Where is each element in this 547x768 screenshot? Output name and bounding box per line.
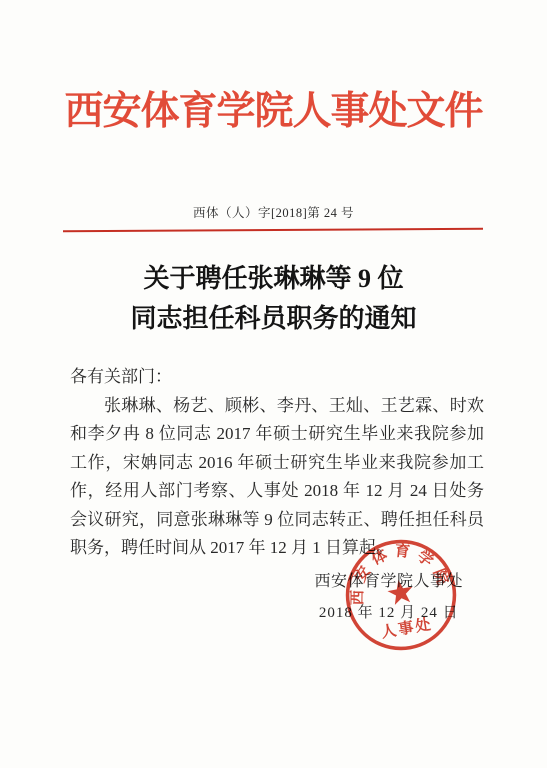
- salutation: 各有关部门：: [70, 363, 484, 392]
- official-seal: 西安体育学院 人事处: [335, 529, 467, 661]
- red-divider-line: [63, 228, 483, 233]
- document-masthead: 西安体育学院人事处文件: [0, 80, 547, 136]
- star-icon: [386, 578, 415, 606]
- notice-title-line1: 关于聘任张琳琳等 9 位: [0, 259, 547, 299]
- notice-title: 关于聘任张琳琳等 9 位 同志担任科员职务的通知: [0, 259, 547, 339]
- notice-title-line2: 同志担任科员职务的通知: [0, 299, 547, 339]
- seal-dept-text: 人事处: [380, 616, 434, 642]
- document-page: 西安体育学院人事处文件 西体（人）字[2018]第 24 号 关于聘任张琳琳等 …: [0, 0, 547, 768]
- document-number: 西体（人）字[2018]第 24 号: [0, 203, 547, 221]
